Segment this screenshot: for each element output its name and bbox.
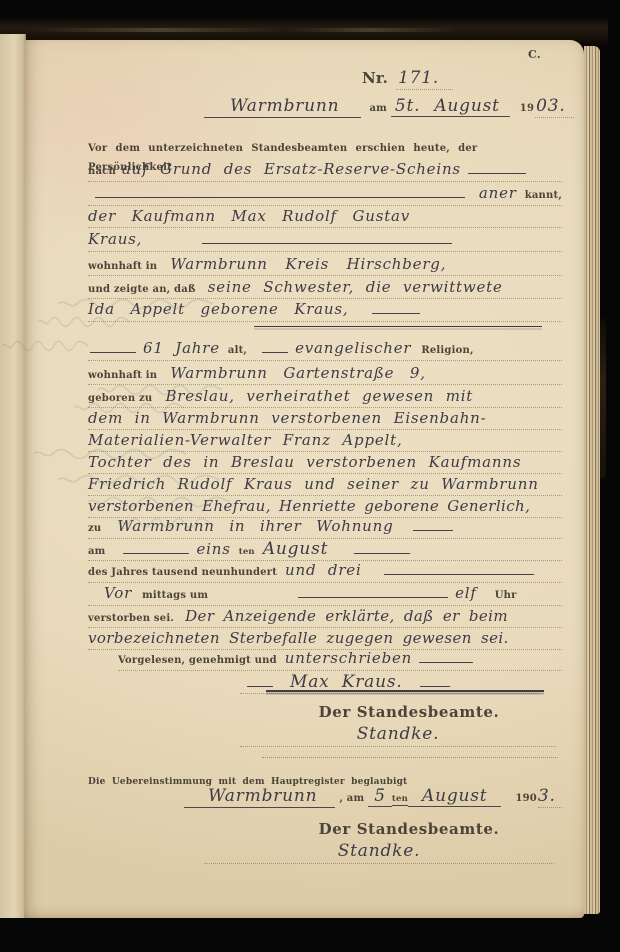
death-time-value1: Vor <box>104 584 132 602</box>
filler-dash <box>95 197 465 198</box>
registrar-signature-2-line: Standke. <box>204 841 554 864</box>
declarant-signature: Max Kraus. <box>290 672 403 692</box>
declarant-name-line1: der Kaufmann Max Rudolf Gustav <box>88 206 562 228</box>
death-time-label1: mittags um <box>142 590 208 601</box>
residence-line: wohnhaft in Warmbrunn Kreis Hirschberg, <box>88 254 562 276</box>
closing-hw2: vorbezeichneten Sterbefalle zugegen gewe… <box>88 629 509 647</box>
residence-value: Warmbrunn Kreis Hirschberg, <box>170 255 446 273</box>
intro-line: Vor dem unterzeichneten Standesbeamten e… <box>88 136 562 157</box>
ink-bleedthrough <box>58 474 220 486</box>
record-number-label: Nr. <box>362 69 388 87</box>
ink-bleedthrough <box>34 448 186 460</box>
death-place-label: zu <box>88 523 101 534</box>
registrar-signature: Standke. <box>357 724 440 744</box>
death-time-line: Vor mittags um elf Uhr <box>88 584 562 606</box>
registrar-title-text: Der Standesbeamte. <box>319 703 500 721</box>
filler-dash <box>262 352 288 353</box>
registrar-signature-line: Standke. <box>240 724 556 747</box>
report-line1: und zeigte an, daß seine Schwester, die … <box>88 277 562 299</box>
ink-bleedthrough <box>2 340 88 352</box>
ink-bleedthrough <box>38 316 130 328</box>
religion-label: Religion, <box>421 345 473 356</box>
record-number-row: Nr. 171. <box>362 68 453 90</box>
declarant-name-value2: Kraus, <box>88 230 142 248</box>
filler-dash <box>247 686 273 687</box>
ink-bleedthrough <box>88 496 230 508</box>
head-dateline-year-handwritten: 03. <box>535 96 573 118</box>
foot-dateline-am-label: , am <box>339 793 364 804</box>
identity-basis-value: auf Grund des Ersatz-Reserve-Scheins <box>122 160 461 178</box>
spouse-value2: Materialien-Verwalter Franz Appelt, <box>88 431 403 449</box>
page-corner-letter: C. <box>528 48 541 61</box>
foot-dateline: Warmbrunn , am 5 ten August 190 3. <box>184 786 564 808</box>
registrar-title-2-text: Der Standesbeamte. <box>319 820 500 838</box>
filler-dash <box>372 313 420 314</box>
filler-dash <box>123 553 189 554</box>
deceased-residence-line: wohnhaft in Warmbrunn Gartenstraße 9, <box>88 363 562 385</box>
head-dateline-place: Warmbrunn <box>204 96 361 118</box>
aner-handwritten: aner <box>479 184 517 202</box>
ink-bleedthrough <box>98 384 222 396</box>
filler-line <box>202 243 452 244</box>
section-divider-rule <box>266 690 544 692</box>
age-label: alt, <box>228 345 247 356</box>
death-am-label: am <box>88 546 105 557</box>
record-number-value: 171. <box>396 68 453 90</box>
deceased-residence-label: wohnhaft in <box>88 370 157 381</box>
filler-dash <box>413 530 453 531</box>
foot-dateline-year-printed: 190 <box>515 793 536 804</box>
death-month-value: August <box>263 539 328 559</box>
age-value: 61 Jahre <box>143 339 220 357</box>
gutter-underlying-page-edge <box>0 34 26 918</box>
death-year-line: des Jahres tausend neunhundert und drei <box>88 561 562 583</box>
closing-line1: verstorben sei. Der Anzeigende erklärte,… <box>88 606 562 628</box>
foot-dateline-day-suffix: ten <box>392 794 408 806</box>
declarant-name-line2: Kraus, <box>88 230 562 252</box>
foot-dateline-month: August <box>408 786 501 807</box>
blank-row-rule <box>254 326 542 327</box>
death-day-suffix: ten <box>239 547 255 557</box>
identity-basis-line: nach auf Grund des Ersatz-Reserve-Schein… <box>88 160 562 182</box>
filler-dash <box>354 553 410 554</box>
deceased-residence-value: Warmbrunn Gartenstraße 9, <box>170 364 425 382</box>
death-year-label: des Jahres tausend neunhundert <box>88 567 277 578</box>
scanned-register-book: C. Nr. 171. Warmbrunn am 5t. August 19 0… <box>0 0 620 952</box>
declarant-name-value1: der Kaufmann Max Rudolf Gustav <box>88 207 410 225</box>
dotted-divider <box>262 757 558 758</box>
vorgelesen-line: Vorgelesen, genehmigt und unterschrieben <box>118 649 562 671</box>
death-year-value: und drei <box>285 561 362 579</box>
page-stack-edge <box>584 46 600 914</box>
filler-dash <box>420 686 450 687</box>
ink-bleedthrough <box>74 402 184 414</box>
kannt-printed: kannt, <box>525 190 562 201</box>
closing-line2: vorbezeichneten Sterbefalle zugegen gewe… <box>88 628 562 650</box>
head-dateline-day: 5t. <box>391 96 424 117</box>
registrar-title-2: Der Standesbeamte. <box>264 820 554 838</box>
nach-label: nach <box>88 166 116 177</box>
closing-printed: verstorben sei. <box>88 613 174 624</box>
filler-dash <box>298 597 448 598</box>
death-day-value: eins <box>196 540 230 558</box>
foot-dateline-day: 5 <box>368 786 392 807</box>
report-label: und zeigte an, daß <box>88 284 196 295</box>
vorgelesen-printed: Vorgelesen, genehmigt und <box>118 655 277 666</box>
ink-bleedthrough <box>118 517 210 529</box>
filler-dash <box>384 574 534 575</box>
ink-bleedthrough <box>58 298 213 310</box>
filler-dash <box>419 662 473 663</box>
registrar-title: Der Standesbeamte. <box>264 703 554 721</box>
head-dateline: Warmbrunn am 5t. August 19 03. <box>204 96 564 118</box>
religion-value: evangelischer <box>295 339 411 357</box>
death-time-value2: elf <box>455 584 477 602</box>
vorgelesen-handwritten: unterschrieben <box>285 649 412 667</box>
foot-dateline-year-handwritten: 3. <box>538 786 562 808</box>
filler-dash <box>468 173 526 174</box>
age-religion-line: 61 Jahre alt, evangelischer Religion, <box>88 339 562 361</box>
residence-label: wohnhaft in <box>88 261 157 272</box>
foot-dateline-place: Warmbrunn <box>184 786 335 808</box>
report-value1: seine Schwester, die verwittwete <box>208 278 503 296</box>
head-dateline-am-label: am <box>369 103 386 114</box>
death-date-line: am eins ten August <box>88 539 562 561</box>
registrar-signature-2: Standke. <box>338 841 421 861</box>
head-dateline-year-printed: 19 <box>520 103 534 114</box>
head-dateline-month: August <box>424 96 509 117</box>
anerkannt-line: aner kannt, <box>88 184 562 206</box>
death-time-label2: Uhr <box>495 590 517 601</box>
closing-hw1: Der Anzeigende erklärte, daß er beim <box>185 607 508 625</box>
filler-dash <box>90 352 136 353</box>
